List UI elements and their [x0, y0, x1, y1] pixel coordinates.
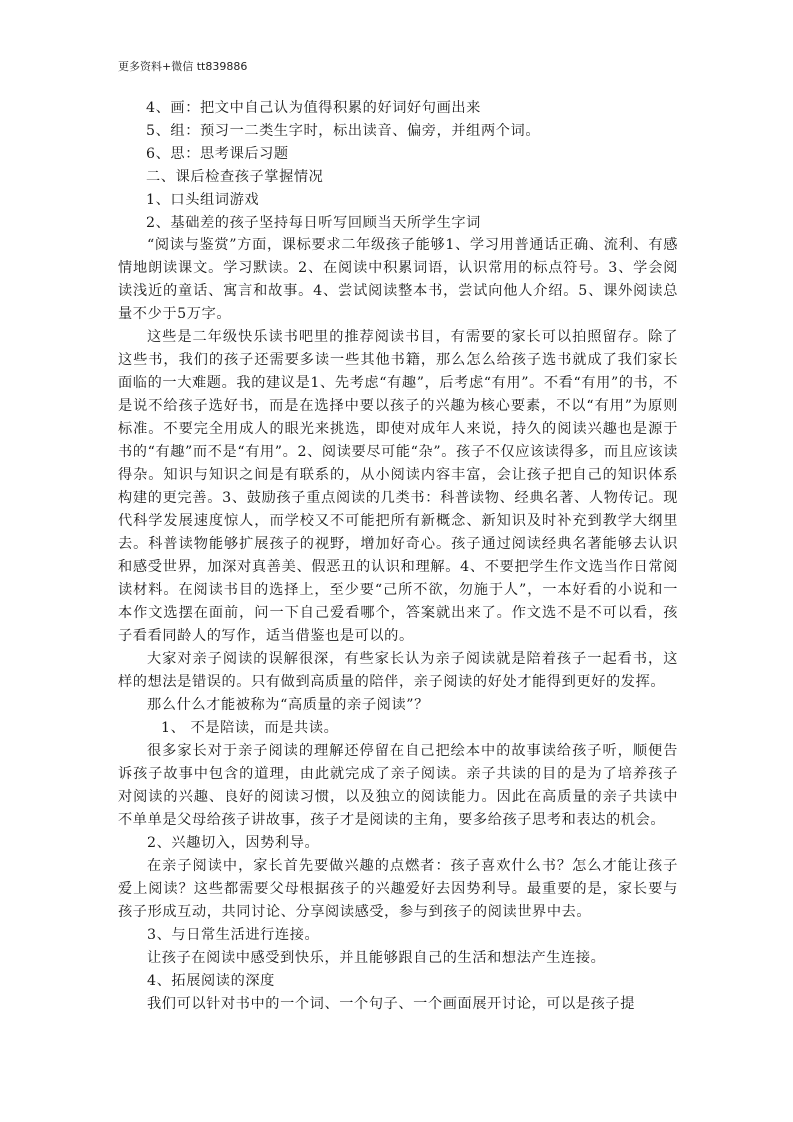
subheading-1: 1、 不是陪读，而是共读。	[118, 717, 678, 740]
list-item: 2、基础差的孩子坚持每日听写回顾当天所学生字词	[118, 212, 678, 235]
paragraph-interest: 在亲子阅读中，家长首先要做兴趣的点燃者：孩子喜欢什么书？怎么才能让孩子爱上阅读？…	[118, 855, 678, 924]
paragraph-book-selection: 这些是二年级快乐读书吧里的推荐阅读书目，有需要的家长可以拍照留存。除了这些书，我…	[118, 326, 678, 648]
study-steps-list: 4、画：把文中自己认为值得积累的好词好句画出来 5、组：预习一二类生字时，标出读…	[118, 97, 678, 235]
section-heading: 二、课后检查孩子掌握情况	[118, 166, 678, 189]
subheading-3: 3、与日常生活进行连接。	[118, 924, 678, 947]
page-header-watermark: 更多资料+微信 tt839886	[118, 58, 247, 74]
list-item: 1、口头组词游戏	[118, 189, 678, 212]
list-item: 5、组：预习一二类生字时，标出读音、偏旁，并组两个词。	[118, 120, 678, 143]
list-item: 6、思：思考课后习题	[118, 143, 678, 166]
paragraph-parent-child-reading: 大家对亲子阅读的误解很深，有些家长认为亲子阅读就是陪着孩子一起看书，这样的想法是…	[118, 648, 678, 694]
paragraph-co-reading: 很多家长对于亲子阅读的理解还停留在自己把绘本中的故事读给孩子听，顺便告诉孩子故事…	[118, 740, 678, 832]
paragraph-question: 那么什么才能被称为“高质量的亲子阅读”？	[118, 694, 678, 717]
document-body: “阅读与鉴赏”方面，课标要求二年级孩子能够1、学习用普通话正确、流利、有感情地朗…	[118, 234, 678, 1016]
paragraph-daily-life: 让孩子在阅读中感受到快乐，并且能够跟自己的生活和想法产生连接。	[118, 947, 678, 970]
paragraph-depth: 我们可以针对书中的一个词、一个句子、一个画面展开讨论，可以是孩子提	[118, 993, 678, 1016]
subheading-2: 2、兴趣切入，因势利导。	[118, 832, 678, 855]
subheading-4: 4、拓展阅读的深度	[118, 970, 678, 993]
list-item: 4、画：把文中自己认为值得积累的好词好句画出来	[118, 97, 678, 120]
paragraph-reading-standards: “阅读与鉴赏”方面，课标要求二年级孩子能够1、学习用普通话正确、流利、有感情地朗…	[118, 234, 678, 326]
